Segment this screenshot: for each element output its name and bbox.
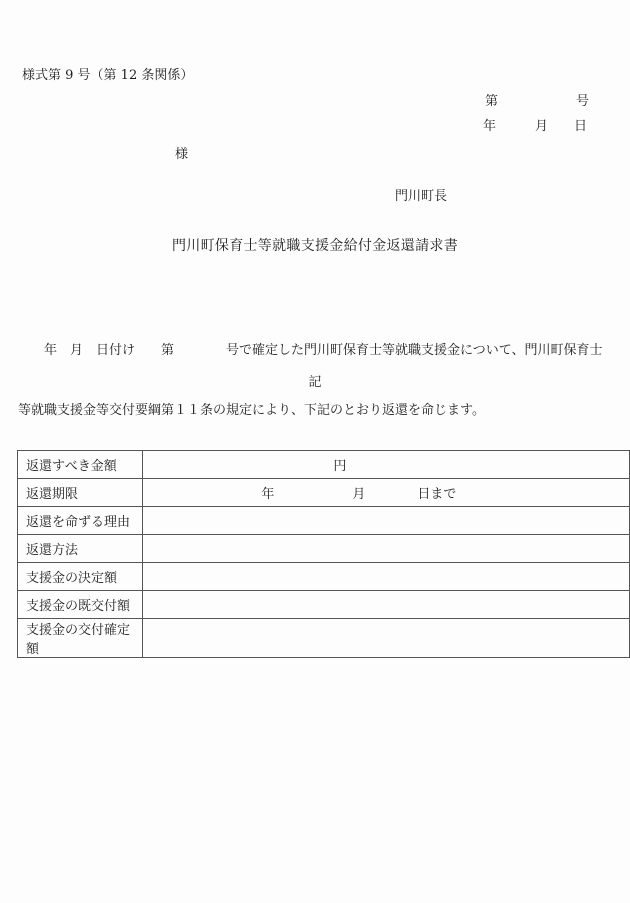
body-line-1: 年 月 日付け 第 号で確定した門川町保育士等就職支援金について、門川町保育士 <box>18 341 602 361</box>
row-label-cell: 返還を命ずる理由 <box>18 507 143 535</box>
table-row: 返還期限 年 月 日まで <box>18 479 630 507</box>
row-value-cell <box>143 507 630 535</box>
row-label-cell: 返還すべき金額 <box>18 451 143 479</box>
form-number-label: 様式第 9 号（第 12 条関係） <box>22 64 193 83</box>
document-title: 門川町保育士等就職支援金給付金返還請求書 <box>0 235 630 255</box>
table-row: 返還すべき金額 円 <box>18 451 630 479</box>
addressee-honorific: 様 <box>175 143 188 162</box>
table-row: 支援金の既交付額 <box>18 591 630 619</box>
row-value-cell <box>143 535 630 563</box>
table-row: 返還を命ずる理由 <box>18 507 630 535</box>
row-label-cell: 支援金の交付確定額 <box>18 619 143 658</box>
row-value-cell <box>143 563 630 591</box>
row-label-cell: 返還方法 <box>18 535 143 563</box>
row-label-cell: 返還期限 <box>18 479 143 507</box>
row-value-cell: 円 <box>143 451 630 479</box>
row-value-cell: 年 月 日まで <box>143 479 630 507</box>
date-line: 年 月 日 <box>483 115 587 134</box>
document-page: 様式第 9 号（第 12 条関係） 第 号 年 月 日 様 門川町長 門川町保育… <box>0 0 630 903</box>
row-value-cell <box>143 619 630 658</box>
repayment-table: 返還すべき金額 円 返還期限 年 月 日まで 返還を命ずる理由 返還方法 支援金… <box>17 450 630 658</box>
row-value-cell <box>143 591 630 619</box>
record-marker: 記 <box>0 371 630 390</box>
row-label-cell: 支援金の決定額 <box>18 563 143 591</box>
row-label-cell: 支援金の既交付額 <box>18 591 143 619</box>
body-line-2: 等就職支援金等交付要綱第１１条の規定により、下記のとおり返還を命じます。 <box>18 401 602 421</box>
table-row: 支援金の決定額 <box>18 563 630 591</box>
document-number-line: 第 号 <box>485 90 589 109</box>
sender-title: 門川町長 <box>395 185 447 204</box>
table-row: 支援金の交付確定額 <box>18 619 630 658</box>
table-row: 返還方法 <box>18 535 630 563</box>
